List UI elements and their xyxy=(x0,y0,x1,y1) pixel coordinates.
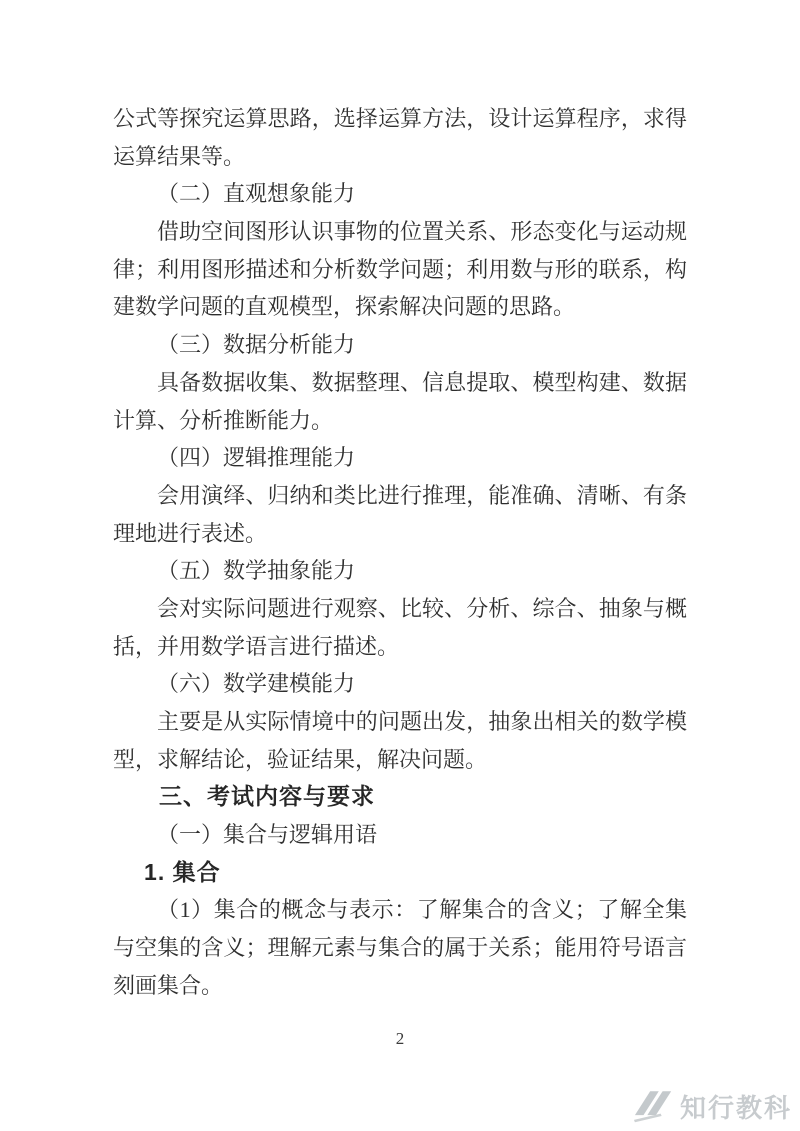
heading-ability-3: （三）数据分析能力 xyxy=(113,326,687,364)
paragraph-line: 公式等探究运算思路，选择运算方法，设计运算程序，求得 xyxy=(113,100,687,138)
paragraph-line: 具备数据收集、数据整理、信息提取、模型构建、数据 xyxy=(113,364,687,402)
paragraph-line: 借助空间图形认识事物的位置关系、形态变化与运动规 xyxy=(113,213,687,251)
heading-ability-6: （六）数学建模能力 xyxy=(113,665,687,703)
paragraph-line: 括，并用数学语言进行描述。 xyxy=(113,628,687,666)
paragraph-line: 主要是从实际情境中的问题出发，抽象出相关的数学模 xyxy=(113,703,687,741)
paragraph-line: 型，求解结论，验证结果，解决问题。 xyxy=(113,741,687,779)
paragraph-line: （1）集合的概念与表示：了解集合的含义；了解全集 xyxy=(113,891,687,929)
paragraph-line: 会对实际问题进行观察、比较、分析、综合、抽象与概 xyxy=(113,590,687,628)
heading-topic-1: （一）集合与逻辑用语 xyxy=(113,816,687,854)
paragraph-line: 计算、分析推断能力。 xyxy=(113,402,687,440)
paragraph-line: 刻画集合。 xyxy=(113,967,687,1005)
heading-ability-5: （五）数学抽象能力 xyxy=(113,552,687,590)
heading-ability-2: （二）直观想象能力 xyxy=(113,175,687,213)
heading-subtopic-1-set: 1. 集合 xyxy=(113,854,687,892)
paragraph-line: 理地进行表述。 xyxy=(113,515,687,553)
document-body: 公式等探究运算思路，选择运算方法，设计运算程序，求得 运算结果等。 （二）直观想… xyxy=(113,100,687,1005)
watermark-logo-icon xyxy=(633,1090,675,1123)
paragraph-line: 运算结果等。 xyxy=(113,138,687,176)
heading-section-3: 三、考试内容与要求 xyxy=(113,778,687,816)
watermark: 知行教科 xyxy=(633,1088,792,1125)
paragraph-line: 与空集的含义；理解元素与集合的属于关系；能用符号语言 xyxy=(113,929,687,967)
paragraph-line: 会用演绎、归纳和类比进行推理，能准确、清晰、有条 xyxy=(113,477,687,515)
paragraph-line: 建数学问题的直观模型，探索解决问题的思路。 xyxy=(113,288,687,326)
paragraph-line: 律；利用图形描述和分析数学问题；利用数与形的联系，构 xyxy=(113,251,687,289)
watermark-text: 知行教科 xyxy=(680,1088,792,1125)
heading-ability-4: （四）逻辑推理能力 xyxy=(113,439,687,477)
document-page: 公式等探究运算思路，选择运算方法，设计运算程序，求得 运算结果等。 （二）直观想… xyxy=(0,0,800,1131)
page-number: 2 xyxy=(0,1029,800,1049)
